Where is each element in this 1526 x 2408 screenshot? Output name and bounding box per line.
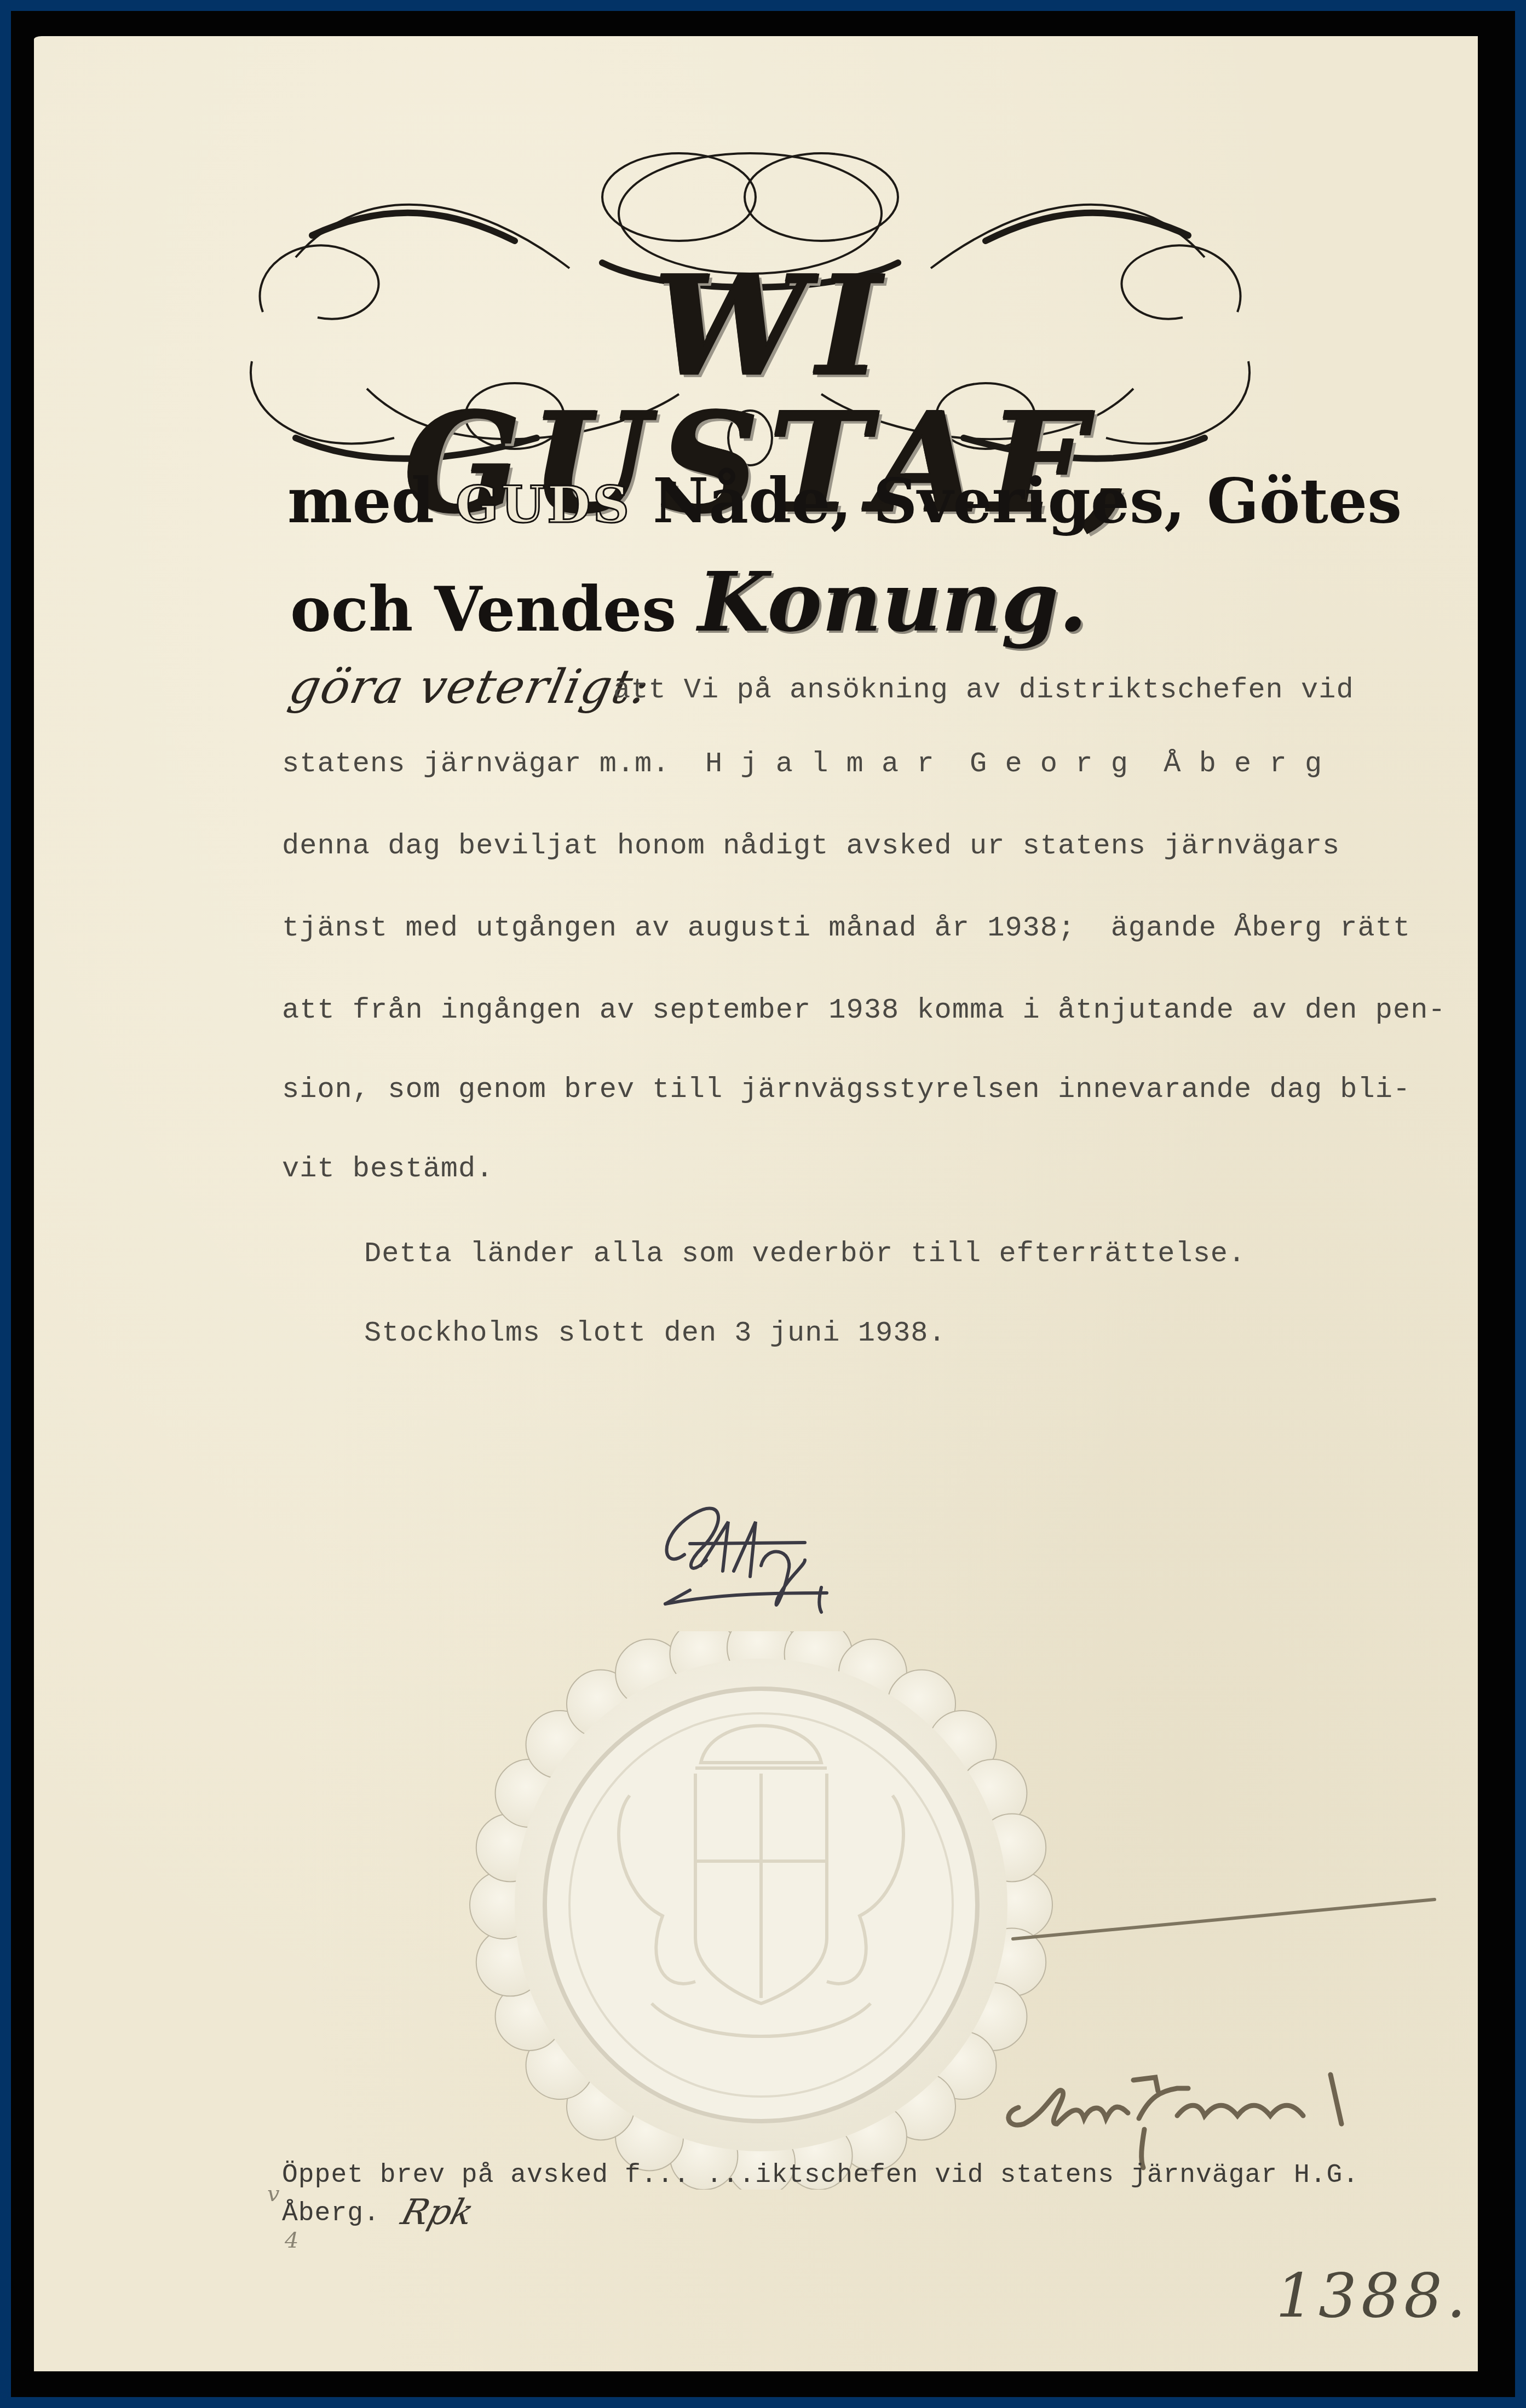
title-line-1: med GUDS Nåde, Sveriges, Götes — [287, 471, 1402, 532]
title-och-vendes: och Vendes — [290, 574, 676, 645]
footer-line-1: Öppet brev på avsked f... ...iktschefen … — [282, 2162, 1359, 2188]
signature-rule-line — [1002, 1894, 1451, 1960]
body-line-1: att Vi på ansökning av distriktschefen v… — [613, 676, 1354, 705]
body-line-5: att från ingången av september 1938 komm… — [282, 996, 1446, 1025]
seal-inscription: GUSTAV V SVERIGES GÖTES OCH VENDES KONUN… — [465, 1887, 1068, 1910]
body-line-7: vit bestämd. — [282, 1155, 493, 1183]
margin-check-mark: v — [267, 2181, 280, 2207]
footer-initials: Rpk — [397, 2192, 478, 2233]
closing-line-place-date: Stockholms slott den 3 juni 1938. — [364, 1319, 946, 1348]
archive-number: 1388. — [1276, 2261, 1470, 2331]
countersignature — [997, 2064, 1369, 2173]
title-nade-sveriges-gotes: Nåde, Sveriges, Götes — [653, 465, 1402, 537]
title-line-2: och Vendes Konung. — [290, 561, 1087, 643]
intro-script-gora-veterligt: göra veterligt: — [284, 660, 655, 714]
body-line-6: sion, som genom brev till järnvägsstyrel… — [282, 1076, 1410, 1104]
body-line-4: tjänst med utgången av augusti månad år … — [282, 914, 1410, 943]
title-konung: Konung. — [698, 554, 1087, 650]
embossed-royal-seal: GUSTAV V SVERIGES GÖTES OCH VENDES KONUN… — [465, 1631, 1068, 2190]
body-line-3: denna dag beviljat honom nådigt avsked u… — [282, 832, 1340, 861]
closing-line-1: Detta länder alla som vederbör till efte… — [364, 1240, 1246, 1268]
royal-signature — [641, 1489, 838, 1620]
footer-line-2: Åberg. — [282, 2201, 380, 2227]
title-med: med — [287, 465, 434, 537]
body-line-2: statens järnvägar m.m. H j a l m a r G e… — [282, 750, 1322, 778]
title-guds: GUDS — [456, 475, 631, 534]
margin-number-mark: 4 — [285, 2228, 298, 2253]
